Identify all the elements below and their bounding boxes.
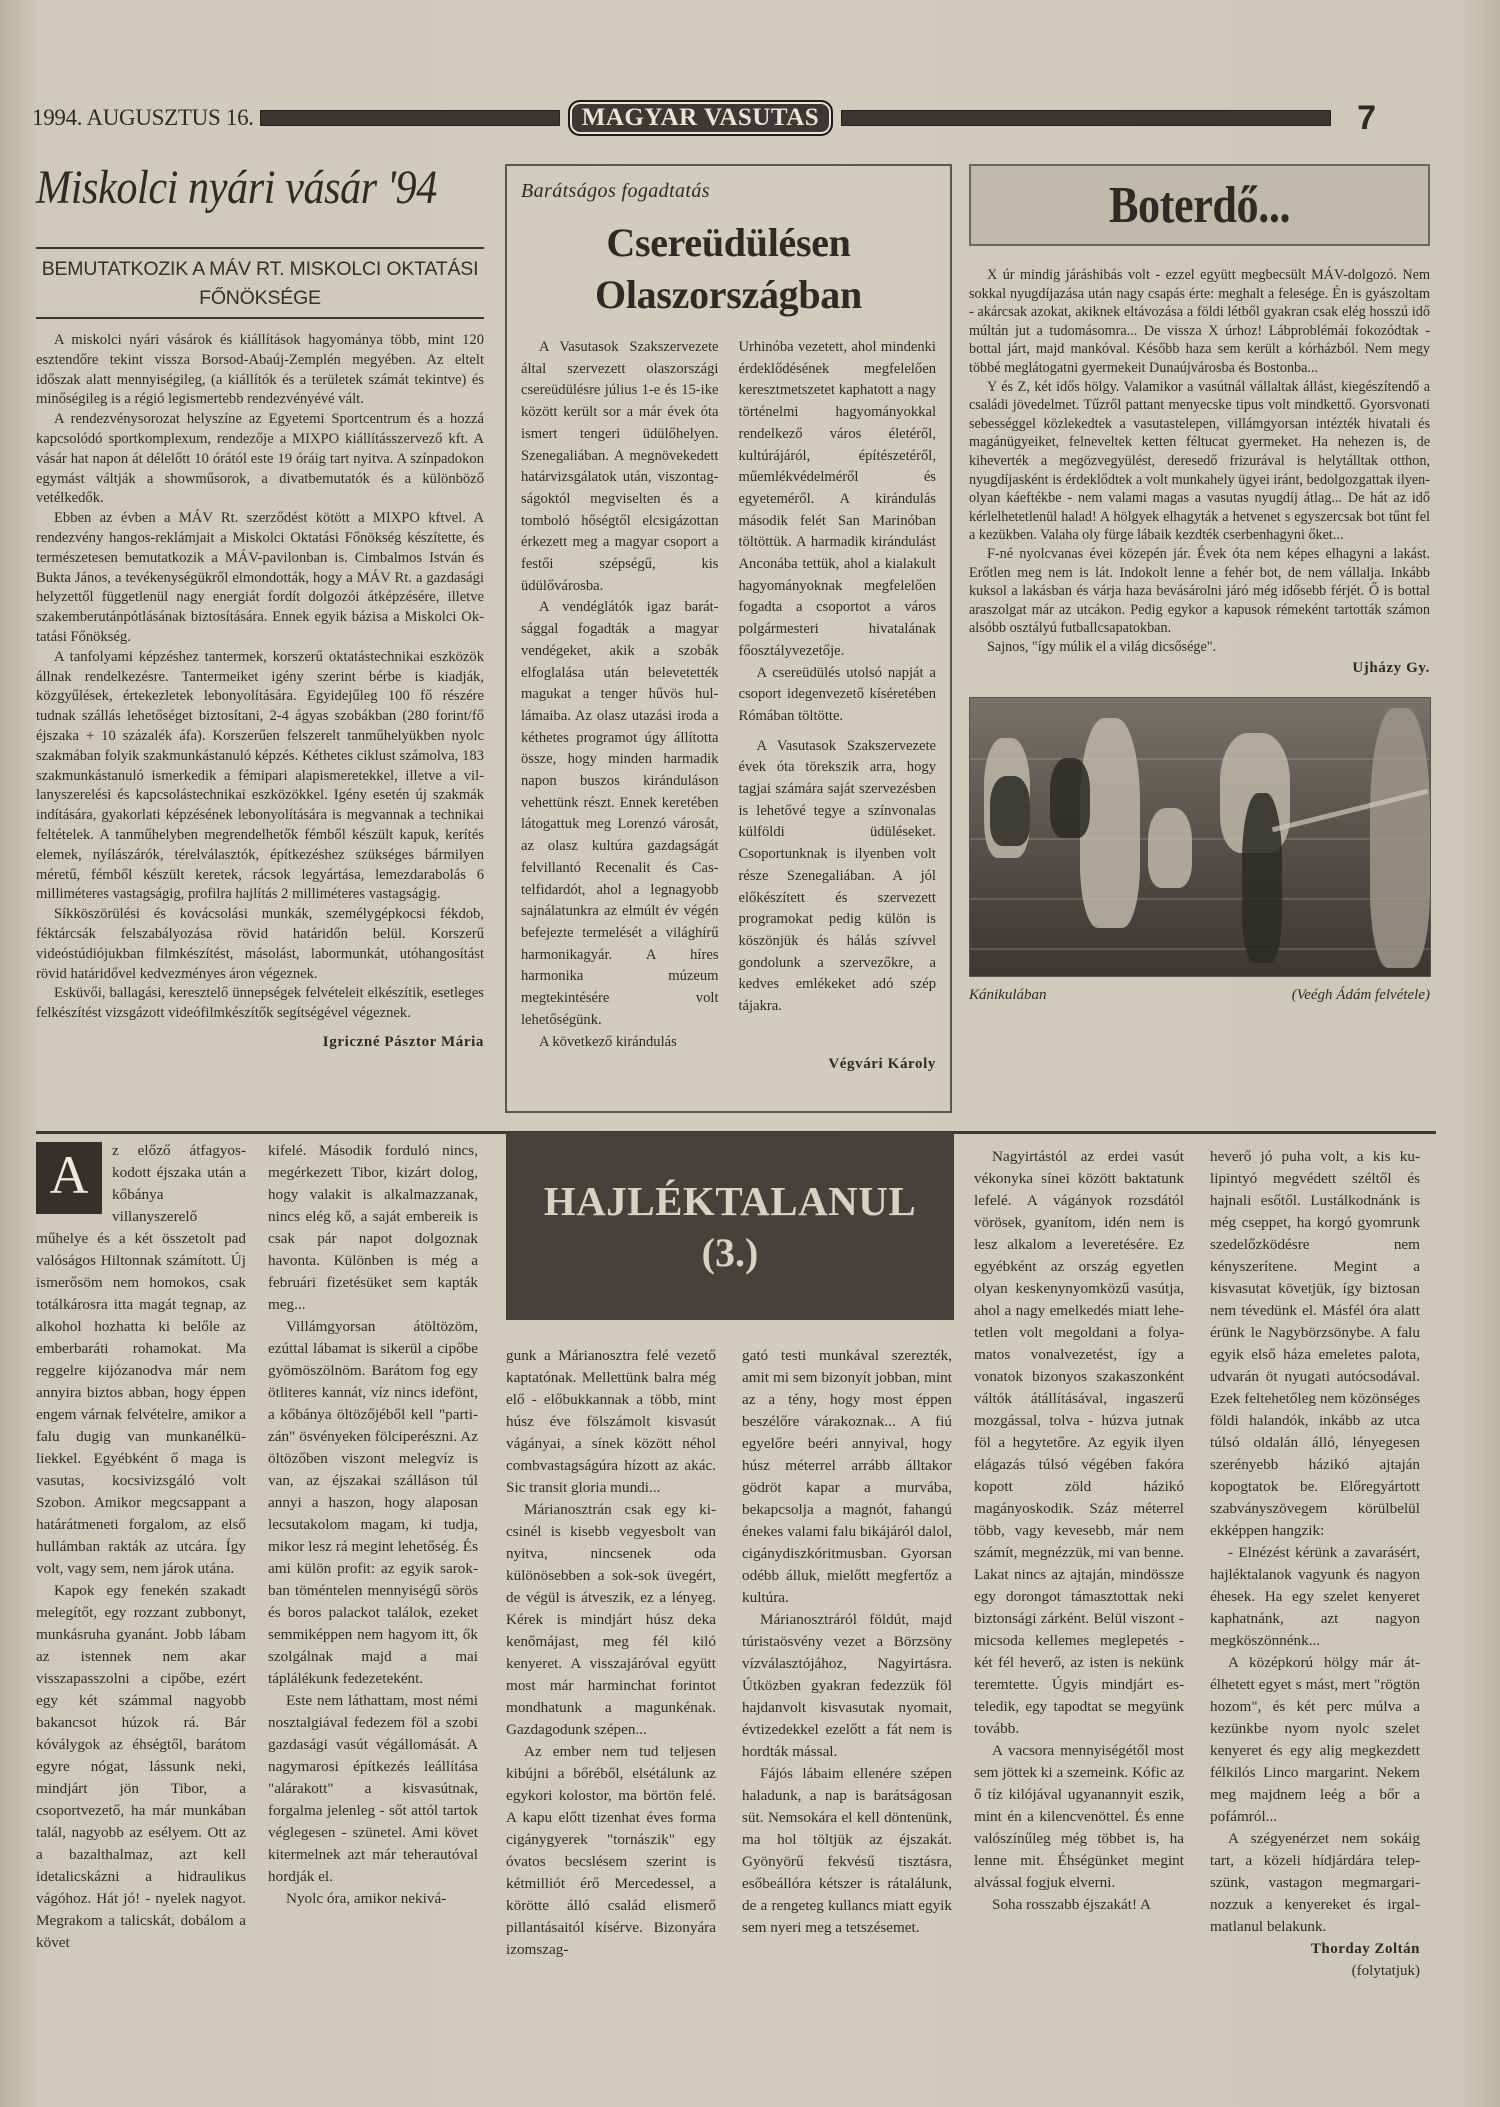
author-byline: Thorday Zoltán (1210, 1938, 1420, 1960)
paragraph: Villámgyorsan átöltözöm, ezúttal lábamat… (268, 1316, 478, 1690)
paragraph: heverő jó puha volt, a kis ku­lipintyó m… (1210, 1146, 1420, 1542)
page-number: 7 (1357, 99, 1376, 138)
column: gunk a Márianosztra felé ve­zető kaptató… (506, 1345, 716, 1961)
column: Nagyirtástól az erdei vasút vékonyka sín… (974, 1146, 1184, 1916)
paragraph: Síkköszörülési és kovácsolási munkák, sz… (36, 905, 484, 984)
publication-logo: MAGYAR VASUTAS (568, 100, 833, 136)
paragraph: F-né nyolcvanas évei közepén jár. Évek ó… (969, 545, 1430, 638)
article-miskolci-vasar: Miskolci nyári vásár '94 BEMUTATKOZIK A … (36, 160, 484, 1051)
article-title: Miskolci nyári vásár '94 (36, 160, 430, 215)
paragraph: Kapok egy fenekén sza­kadt melegítőt, eg… (36, 1580, 246, 1954)
paragraph: Nagyirtástól az erdei vasút vékonyka sín… (974, 1146, 1184, 1740)
article-columns: A Vasutasok Szakszerve­zete által szerve… (521, 337, 936, 1076)
person-figure (1370, 708, 1430, 968)
article-body: X úr mindig járáshibás volt - ezzel együ… (969, 266, 1430, 656)
paragraph: A vendéglátók igaz barát­sággal fogadták… (521, 597, 719, 1031)
paragraph: A rendezvénysorozat helyszíne az Egyetem… (36, 410, 484, 509)
article-kicker: Barátságos fogadtatás (521, 180, 936, 203)
article-title-box: Boterdő... (969, 164, 1430, 246)
paragraph: gunk a Márianosztra felé ve­zető kaptató… (506, 1345, 716, 1499)
paragraph: X úr mindig járáshibás volt - ezzel együ… (969, 266, 1430, 378)
paragraph: Márianosztráról földút, majd túristaösvé… (742, 1609, 952, 1763)
water-ripple (970, 948, 1430, 950)
column: Urhinóba vezetett, ahol min­denki érdekl… (739, 337, 937, 1076)
article-title-box: HAJLÉKTALANUL (3.) (506, 1132, 954, 1320)
masthead-rule-left (260, 110, 560, 126)
author-byline: Ujházy Gy. (969, 660, 1430, 677)
masthead-rule-right (841, 110, 1331, 126)
paragraph: Esküvői, ballagási, keresztelő ünnepsége… (36, 984, 484, 1024)
paragraph: Márianosztrán csak egy ki­csinél is kise… (506, 1499, 716, 1741)
water-ripple (970, 838, 1430, 840)
article-title: Csereüdülésen Olaszországban (521, 217, 936, 321)
author-byline: Végvári Károly (739, 1054, 937, 1076)
child-figure (1148, 808, 1192, 888)
drop-cap: A (36, 1142, 102, 1214)
column: heverő jó puha volt, a kis ku­lipintyó m… (1210, 1146, 1420, 1982)
water-ripple (970, 758, 1430, 760)
water-ripple (970, 898, 1430, 900)
caption-text: Kánikulában (969, 987, 1047, 1004)
paragraph: Sajnos, "így múlik el a világ dicsősége"… (969, 638, 1430, 657)
article-title: Boterdő... (1109, 176, 1290, 235)
photo-credit: (Veégh Ádám felvétele) (1292, 987, 1430, 1004)
photo-caption: Kánikulában (Veégh Ádám felvétele) (969, 987, 1430, 1004)
article-csereudules: Barátságos fogadtatás Csereüdülésen Olas… (505, 164, 952, 1113)
masthead: 1994. AUGUSZTUS 16. MAGYAR VASUTAS 7 (32, 96, 1432, 140)
article-subtitle: BEMUTATKOZIK A MÁV RT. MISKOLCI OKTATÁSI… (36, 247, 484, 319)
paragraph: Soha rosszabb éjszakát! A (974, 1894, 1184, 1916)
column: Az előző átfagyos­kodott éjszaka után a … (36, 1140, 246, 1954)
continued-note: (folytatjuk) (1210, 1960, 1420, 1982)
child-figure (1242, 793, 1282, 963)
swimsuit (990, 776, 1030, 846)
title-line: Olaszországban (595, 272, 862, 317)
paragraph: Y és Z, két idős hölgy. Valamikor a vasú… (969, 378, 1430, 545)
paragraph: A Vasutasok Szakszerve­zete évek óta tör… (739, 736, 937, 1018)
paragraph: - Elnézést kérünk a zavará­sért, hajlékt… (1210, 1542, 1420, 1652)
column: gató testi munkával szerez­ték, amit mi … (742, 1345, 952, 1939)
paragraph: A Vasutasok Szakszerve­zete által szerve… (521, 337, 719, 597)
article-body: A miskolci nyári vásárok és kiállítások … (36, 331, 484, 1024)
paragraph: Fájós lábaim ellenére szé­pen haladunk, … (742, 1763, 952, 1939)
article-title: HAJLÉKTALANUL (544, 1177, 917, 1225)
issue-date: 1994. AUGUSZTUS 16. (32, 105, 254, 131)
paragraph: A csereüdülés utolsó nap­ját a csoport i… (739, 663, 937, 728)
paragraph: gató testi munkával szerez­ték, amit mi … (742, 1345, 952, 1609)
newspaper-page: 1994. AUGUSZTUS 16. MAGYAR VASUTAS 7 Mis… (0, 0, 1500, 2107)
child-figure (1050, 758, 1090, 838)
column: A Vasutasok Szakszerve­zete által szerve… (521, 337, 719, 1076)
paragraph: A szégyenérzet nem sokáig tart, a közeli… (1210, 1828, 1420, 1938)
title-line: Csereüdülésen (606, 220, 850, 265)
photo-bathers (969, 697, 1431, 977)
paragraph: A következő kirándulás (521, 1032, 719, 1054)
article-boterdo: Boterdő... X úr mindig járáshibás volt -… (969, 164, 1430, 1004)
paragraph: A vacsora mennyiségétől most sem jöttek … (974, 1740, 1184, 1894)
paragraph: Az ember nem tud teljesen kibújni a bőré… (506, 1741, 716, 1961)
author-byline: Igricz­né Pásztor Mária (36, 1034, 484, 1051)
article-part-number: (3.) (702, 1229, 759, 1276)
paragraph: Urhinóba vezetett, ahol min­denki érdekl… (739, 337, 937, 663)
paragraph: A miskolci nyári vásárok és kiállítások … (36, 331, 484, 410)
paragraph: A tanfolyami képzéshez tantermek, korsze… (36, 648, 484, 905)
paragraph: Ebben az évben a MÁV Rt. szerződést kötö… (36, 509, 484, 648)
paragraph: Este nem láthattam, most némi nosztalgiá… (268, 1690, 478, 1888)
paragraph: Nyolc óra, amikor nekivá- (268, 1888, 478, 1910)
paragraph: A középkorú hölgy már át­élhetett egyet … (1210, 1652, 1420, 1828)
column: kifelé. Második forduló nincs, megérkeze… (268, 1140, 478, 1910)
paragraph: Az előző átfagyos­kodott éjszaka után a … (36, 1140, 246, 1580)
paragraph: kifelé. Második forduló nincs, megérkeze… (268, 1140, 478, 1316)
